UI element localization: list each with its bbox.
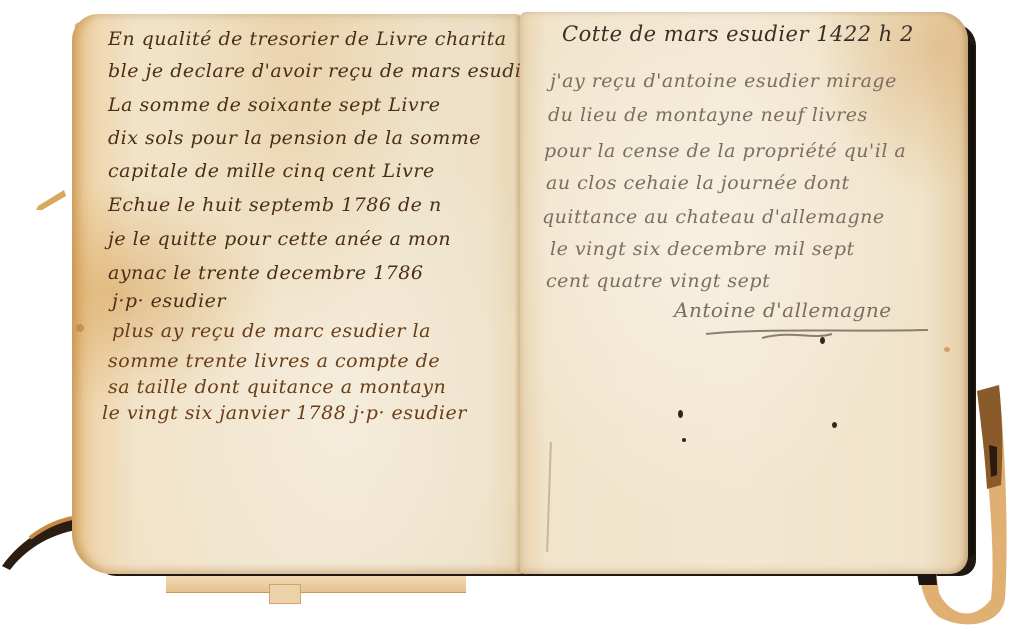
handwritten-line: aynac le trente decembre 1786	[108, 262, 423, 284]
handwritten-line: du lieu de montayne neuf livres	[548, 104, 868, 126]
handwritten-line: plus ay reçu de marc esudier la	[112, 320, 431, 342]
foxing-spot	[76, 324, 84, 332]
handwritten-line: je le quitte pour cette anée a mon	[108, 228, 451, 250]
loose-pages-bottom	[166, 572, 466, 602]
handwritten-line: ble je declare d'avoir reçu de mars esud…	[108, 60, 524, 82]
ink-spot	[682, 438, 686, 442]
signature-allemagne: Antoine d'allemagne	[674, 298, 892, 322]
paper-tab-left	[34, 188, 66, 212]
handwritten-line: quittance au chateau d'allemagne	[542, 206, 885, 228]
foxing-spot	[944, 347, 950, 352]
handwritten-line: pour la cense de la propriété qu'il a	[544, 140, 906, 162]
right-page: Cotte de mars esudier 1422 h 2 j'ay reçu…	[520, 12, 968, 574]
handwritten-line: dix sols pour la pension de la somme	[108, 127, 481, 149]
signature-flourish	[702, 324, 932, 342]
ink-spot	[832, 422, 837, 428]
leather-tie-left	[0, 512, 80, 572]
handwritten-line: capitale de mille cinq cent Livre	[108, 160, 435, 182]
handwritten-line: sa taille dont quitance a montayn	[108, 376, 446, 398]
handwritten-line: le vingt six decembre mil sept	[550, 238, 855, 260]
left-page: En qualité de tresorier de Livre charita…	[72, 14, 524, 574]
page-header-cotte: Cotte de mars esudier 1422 h 2	[562, 22, 914, 46]
handwritten-line: En qualité de tresorier de Livre charita	[108, 28, 507, 50]
handwritten-line: Echue le huit septemb 1786 de n	[108, 194, 442, 216]
page-crease	[546, 442, 552, 552]
ink-spot	[820, 337, 825, 344]
handwritten-line: cent quatre vingt sept	[546, 270, 770, 292]
notebook-photo: En qualité de tresorier de Livre charita…	[0, 0, 1024, 638]
handwritten-line: somme trente livres a compte de	[108, 350, 440, 372]
ink-spot	[678, 410, 683, 418]
handwritten-line: le vingt six janvier 1788 j·p· esudier	[102, 402, 467, 424]
handwritten-line: La somme de soixante sept Livre	[108, 94, 441, 116]
handwritten-line: j'ay reçu d'antoine esudier mirage	[550, 70, 897, 92]
signature-esudier: j·p· esudier	[112, 290, 226, 312]
handwritten-line: au clos cehaie la journée dont	[546, 172, 850, 194]
